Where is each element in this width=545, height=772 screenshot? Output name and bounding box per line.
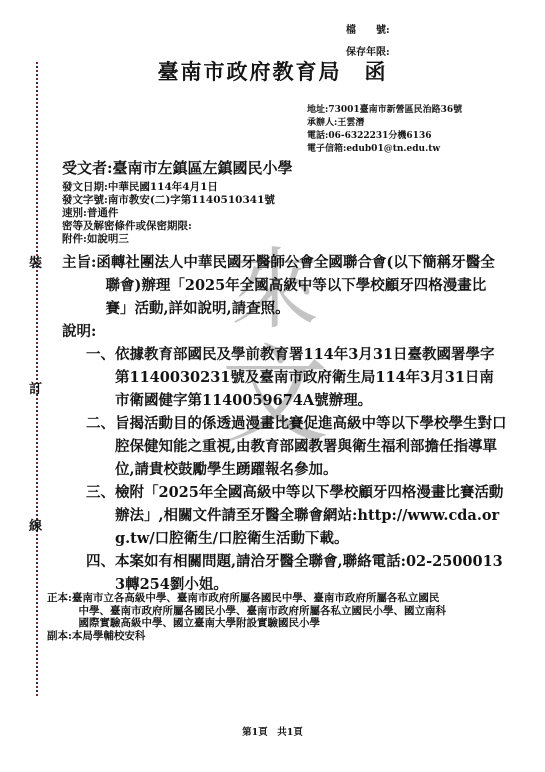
item-number: 二、 xyxy=(86,415,115,432)
item-text: 檢附「2025年全國高級中等以下學校顧牙四格漫畫比賽活動辦法」,相關文件請至牙醫… xyxy=(115,484,503,547)
doc-number-line: 發文字號:南市教安(二)字第1140510341號 xyxy=(62,194,275,207)
contact-address: 地址:73001臺南市新營區民治路36號 xyxy=(307,104,462,117)
document-meta-block: 發文日期:中華民國114年4月1日 發文字號:南市教安(二)字第11405103… xyxy=(62,181,275,246)
contact-block: 地址:73001臺南市新營區民治路36號 承辦人:王雲潛 電話:06-63222… xyxy=(307,104,462,156)
file-number-label: 檔 號: xyxy=(346,21,390,36)
explanation-item-3: 三、檢附「2025年全國高級中等以下學校顧牙四格漫畫比賽活動辦法」,相關文件請至… xyxy=(86,481,507,550)
item-number: 三、 xyxy=(86,484,115,501)
item-text: 本案如有相關問題,請洽牙醫全聯會,聯絡電話:02-25000133轉254劉小姐… xyxy=(115,553,503,593)
subject-label: 主旨: xyxy=(62,254,96,271)
recipient-line: 受文者:臺南市左鎮區左鎮國民小學 xyxy=(62,157,293,178)
contact-handler: 承辦人:王雲潛 xyxy=(307,117,462,130)
item-text: 旨揭活動目的係透過漫畫比賽促進高級中等以下學校學生對口腔保健知能之重視,由教育部… xyxy=(115,415,507,478)
document-title: 臺南市政府教育局 函 xyxy=(0,56,545,86)
distribution-block: 正本:臺南市立各高級中學、臺南市政府所屬各國民中學、臺南市政府所屬各私立國民中學… xyxy=(47,592,449,642)
binding-mark-xian: 線 xyxy=(29,515,42,534)
item-number: 一、 xyxy=(86,346,115,363)
subject-paragraph: 主旨:函轉社團法人中華民國牙醫師公會全國聯合會(以下簡稱牙醫全聯會)辦理「202… xyxy=(62,251,496,320)
item-number: 四、 xyxy=(86,553,115,570)
item-text: 依據教育部國民及學前教育署114年3月31日臺教國署學字第1140030231號… xyxy=(115,346,495,409)
contact-phone: 電話:06-6322231分機6136 xyxy=(307,130,462,143)
speed-line: 速別:普通件 xyxy=(62,207,275,220)
binding-mark-ding: 訂 xyxy=(29,378,42,397)
carbon-copy-line: 副本:本局學輔校安科 xyxy=(47,630,449,643)
document-body: 主旨:函轉社團法人中華民國牙醫師公會全國聯合會(以下簡稱牙醫全聯會)辦理「202… xyxy=(62,251,507,596)
issue-date-line: 發文日期:中華民國114年4月1日 xyxy=(62,181,275,194)
explanation-label: 說明: xyxy=(62,320,507,343)
official-document-page: 裝 訂 線 檔 號: 保存年限: 臺南市政府教育局 函 地址:73001臺南市新… xyxy=(0,0,545,772)
subject-text: 函轉社團法人中華民國牙醫師公會全國聯合會(以下簡稱牙醫全聯會)辦理「2025年全… xyxy=(96,254,494,317)
contact-email: 電子信箱:edub01@tn.edu.tw xyxy=(307,143,462,156)
binding-mark-zhuang: 裝 xyxy=(29,252,42,271)
page-number-footer: 第1頁 共1頁 xyxy=(0,724,545,738)
original-copy-line: 正本:臺南市立各高級中學、臺南市政府所屬各國民中學、臺南市政府所屬各私立國民中學… xyxy=(47,592,449,630)
explanation-item-4: 四、本案如有相關問題,請洽牙醫全聯會,聯絡電話:02-25000133轉254劉… xyxy=(86,550,507,596)
explanation-item-2: 二、旨揭活動目的係透過漫畫比賽促進高級中等以下學校學生對口腔保健知能之重視,由教… xyxy=(86,412,507,481)
attachment-line: 附件:如說明三 xyxy=(62,233,275,246)
explanation-item-1: 一、依據教育部國民及學前教育署114年3月31日臺教國署學字第114003023… xyxy=(86,343,507,412)
classification-line: 密等及解密條件或保密期限: xyxy=(62,220,275,233)
